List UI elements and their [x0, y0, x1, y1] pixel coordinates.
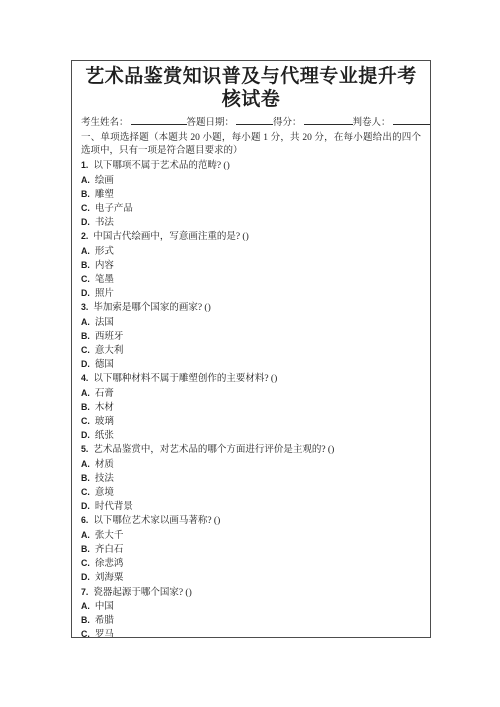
option-text: 技法: [95, 474, 114, 484]
option-letter: C.: [81, 274, 90, 284]
option-letter: C.: [81, 345, 90, 355]
exam-sheet-border: 艺术品鉴赏知识普及与代理专业提升考核试卷 考生姓名：答题日期：得分：判卷人： 一…: [71, 60, 431, 638]
option-letter: C.: [81, 487, 90, 497]
option-letter: C.: [81, 416, 90, 426]
option-letter: B.: [81, 544, 90, 554]
option-letter: C.: [81, 629, 90, 638]
option-text: 罗马: [95, 630, 114, 638]
option-text: 内容: [95, 261, 114, 271]
option-letter: B.: [81, 473, 90, 483]
question-text: 瓷器起源于哪个国家? (): [93, 588, 191, 598]
option-text: 电子产品: [95, 204, 133, 214]
option-text: 刘海粟: [95, 573, 124, 583]
option-line: D.书法: [81, 216, 421, 230]
option-line: A.石膏: [81, 387, 421, 401]
option-letter: B.: [81, 402, 90, 412]
option-text: 绘画: [95, 176, 114, 186]
question-line: 7.瓷器起源于哪个国家? (): [81, 586, 421, 600]
option-text: 德国: [95, 360, 114, 370]
option-text: 材质: [95, 460, 114, 470]
option-line: D.德国: [81, 358, 421, 372]
option-line: B.木材: [81, 401, 421, 415]
option-text: 意大利: [95, 346, 124, 356]
option-letter: A.: [81, 388, 90, 398]
option-line: A.材质: [81, 458, 421, 472]
meta-field-label: 答题日期：: [187, 117, 235, 130]
option-text: 笔墨: [95, 275, 114, 285]
question-text: 艺术品鉴赏中，对艺术品的哪个方面进行评价是主观的? (): [93, 445, 334, 455]
fill-in-blank: [393, 116, 431, 125]
meta-field-label: 得分：: [273, 117, 302, 130]
option-line: C.徐悲鸿: [81, 557, 421, 571]
option-line: D.刘海粟: [81, 571, 421, 585]
question-text: 毕加索是哪个国家的画家? (): [93, 303, 210, 313]
question-line: 3.毕加索是哪个国家的画家? (): [81, 301, 421, 315]
option-line: B.西班牙: [81, 330, 421, 344]
question-line: 1.以下哪项不属于艺术品的范畴? (): [81, 159, 421, 173]
option-text: 张大千: [95, 531, 124, 541]
option-line: C.电子产品: [81, 202, 421, 216]
option-text: 时代背景: [95, 502, 133, 512]
meta-field-label: 考生姓名：: [81, 117, 129, 130]
exam-paper-page: 艺术品鉴赏知识普及与代理专业提升考核试卷 考生姓名：答题日期：得分：判卷人： 一…: [0, 0, 500, 707]
exam-title: 艺术品鉴赏知识普及与代理专业提升考核试卷: [81, 66, 421, 111]
question-number: 5.: [81, 444, 88, 454]
option-line: C.意境: [81, 486, 421, 500]
option-letter: A.: [81, 246, 90, 256]
question-number: 7.: [81, 587, 88, 597]
option-letter: D.: [81, 288, 90, 298]
question-number: 2.: [81, 231, 88, 241]
meta-field: 答题日期：: [187, 116, 274, 130]
question-list: 1.以下哪项不属于艺术品的范畴? ()A.绘画B.雕塑C.电子产品D.书法2.中…: [81, 159, 421, 638]
question-number: 3.: [81, 302, 88, 312]
option-text: 徐悲鸿: [95, 559, 124, 569]
option-letter: B.: [81, 260, 90, 270]
option-letter: A.: [81, 459, 90, 469]
question-number: 1.: [81, 160, 88, 170]
question-text: 以下哪种材料不属于雕塑创作的主要材料? (): [93, 374, 277, 384]
meta-field-label: 判卷人：: [353, 117, 391, 130]
option-line: A.法国: [81, 316, 421, 330]
option-letter: A.: [81, 530, 90, 540]
question-text: 中国古代绘画中，写意画注重的是? (): [93, 232, 248, 242]
meta-field: 得分：: [273, 116, 353, 130]
question-line: 2.中国古代绘画中，写意画注重的是? (): [81, 230, 421, 244]
option-line: B.雕塑: [81, 188, 421, 202]
option-line: A.绘画: [81, 174, 421, 188]
option-letter: B.: [81, 615, 90, 625]
option-text: 中国: [95, 602, 114, 612]
option-line: A.形式: [81, 245, 421, 259]
option-text: 玻璃: [95, 417, 114, 427]
fill-in-blank: [304, 116, 353, 125]
option-text: 法国: [95, 318, 114, 328]
question-line: 4.以下哪种材料不属于雕塑创作的主要材料? (): [81, 372, 421, 386]
option-line: B.希腊: [81, 614, 421, 628]
option-line: A.中国: [81, 600, 421, 614]
option-line: B.内容: [81, 259, 421, 273]
option-letter: D.: [81, 217, 90, 227]
option-line: D.时代背景: [81, 500, 421, 514]
option-letter: A.: [81, 601, 90, 611]
option-letter: D.: [81, 501, 90, 511]
option-letter: C.: [81, 558, 90, 568]
fill-in-blank: [131, 116, 187, 125]
option-letter: B.: [81, 331, 90, 341]
option-text: 雕塑: [95, 190, 114, 200]
candidate-info-row: 考生姓名：答题日期：得分：判卷人：: [81, 116, 421, 130]
option-letter: A.: [81, 317, 90, 327]
question-text: 以下哪项不属于艺术品的范畴? (): [93, 161, 229, 171]
option-text: 纸张: [95, 431, 114, 441]
option-text: 书法: [95, 218, 114, 228]
meta-field: 考生姓名：: [81, 116, 187, 130]
option-text: 齐白石: [95, 545, 124, 555]
section-heading: 一、单项选择题（本题共 20 小题，每小题 1 分，共 20 分，在每小题给出的…: [81, 132, 421, 158]
option-letter: D.: [81, 430, 90, 440]
meta-field: 判卷人：: [353, 116, 431, 130]
option-line: C.笔墨: [81, 273, 421, 287]
question-line: 5.艺术品鉴赏中，对艺术品的哪个方面进行评价是主观的? (): [81, 443, 421, 457]
option-line: C.罗马: [81, 628, 421, 638]
option-letter: D.: [81, 572, 90, 582]
option-text: 西班牙: [95, 332, 124, 342]
question-number: 4.: [81, 373, 88, 383]
option-letter: C.: [81, 203, 90, 213]
fill-in-blank: [236, 116, 273, 125]
option-text: 石膏: [95, 389, 114, 399]
option-text: 形式: [95, 247, 114, 257]
option-line: D.照片: [81, 287, 421, 301]
option-line: A.张大千: [81, 529, 421, 543]
option-line: C.意大利: [81, 344, 421, 358]
option-letter: D.: [81, 359, 90, 369]
option-letter: A.: [81, 175, 90, 185]
option-letter: B.: [81, 189, 90, 199]
option-line: D.纸张: [81, 429, 421, 443]
option-text: 照片: [95, 289, 114, 299]
option-line: B.技法: [81, 472, 421, 486]
option-text: 意境: [95, 488, 114, 498]
question-text: 以下哪位艺术家以画马著称? (): [93, 516, 220, 526]
option-line: C.玻璃: [81, 415, 421, 429]
question-line: 6.以下哪位艺术家以画马著称? (): [81, 514, 421, 528]
option-text: 木材: [95, 403, 114, 413]
option-line: B.齐白石: [81, 543, 421, 557]
option-text: 希腊: [95, 616, 114, 626]
question-number: 6.: [81, 515, 88, 525]
